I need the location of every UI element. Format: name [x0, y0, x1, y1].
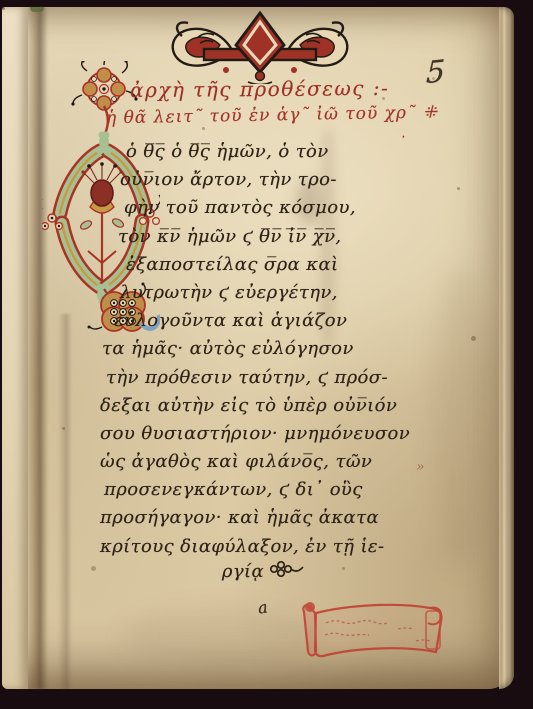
text-line: σου θυσιαστήριον· μνημόνευσον [100, 420, 430, 448]
text-line: ὡς ἀγαθὸς καὶ φιλάνο̅ς, τῶν [100, 448, 430, 476]
rubric-title: ἀρχὴ τῆς προθέσεως :- [130, 76, 400, 102]
foxing-specks [2, 7, 5, 10]
text-line: εὐλογοῦντα καὶ ἁγιάζον [100, 307, 430, 335]
text-line-final: ργίᾳ [100, 561, 430, 585]
text-line: ἐξαποστείλας σ̅ρα καὶ [100, 251, 430, 279]
text-line: τὸν κ̅ν̅ ἡμῶν ϛ θ̅ν̅ ἰ̅ν̅ χ̅ν̅, [100, 223, 430, 251]
lower-margin-letter: a [257, 597, 269, 617]
stain-lower [122, 607, 322, 667]
headpiece-ornament [170, 10, 350, 84]
text-line: δεξαι αὐτὴν εἰς τὸ ὑπὲρ οὐν̅ιόν [100, 392, 430, 420]
text-line: προσενεγκάντων, ϛ δι᾽ οὓς [100, 476, 430, 504]
scroll-stamp-icon [298, 599, 450, 669]
library-stamp [298, 599, 450, 669]
text-line: τα ἡμᾶς· αὐτὸς εὐλόγησον [100, 335, 430, 363]
folio-number: 5 [425, 54, 445, 91]
green-pigment-speck [30, 7, 44, 12]
text-line: οὐν̅ιον ἄρτον, τὴν τρο- [100, 166, 430, 194]
text-block: ὁ θ̅ς̅ ὁ θ̅ς̅ ἡμῶν, ὁ τὸν οὐν̅ιον ἄρτον,… [100, 138, 430, 585]
stain-right-margin [432, 267, 492, 567]
text-line: φὴν τοῦ παντὸς κόσμου, [100, 194, 430, 222]
text-line: ὁ θ̅ς̅ ὁ θ̅ς̅ ἡμῶν, ὁ τὸν [100, 138, 430, 166]
text-line: τὴν πρόθεσιν ταύτην, ϛ πρόσ- [100, 364, 430, 392]
end-flourish-icon [268, 561, 304, 583]
text-line: κρίτους διαφύλαξον, ἐν τῇ ἱε- [100, 533, 430, 561]
manuscript-page: ἀρχὴ τῆς προθέσεως :- ἡ θᾶ λειτ῀ τοῦ ἐν … [2, 7, 514, 689]
fleuron-headpiece-icon [170, 10, 350, 84]
final-word: ργίᾳ [222, 561, 264, 582]
quire-margin-mark: » [416, 459, 425, 475]
page-edge-stack [499, 7, 514, 689]
rubric-subtitle: ἡ θᾶ λειτ῀ τοῦ ἐν ἁγ῀ ἰῶ τοῦ χρ῀ ⁜ [106, 104, 376, 129]
text-line: προσήγαγον· καὶ ἡμᾶς ἀκατα [100, 504, 430, 532]
text-line: λυτρωτὴν ϛ εὐεργέτην, [100, 279, 430, 307]
gutter-page-edge [2, 7, 28, 689]
gutter-crease-lower [58, 314, 72, 689]
